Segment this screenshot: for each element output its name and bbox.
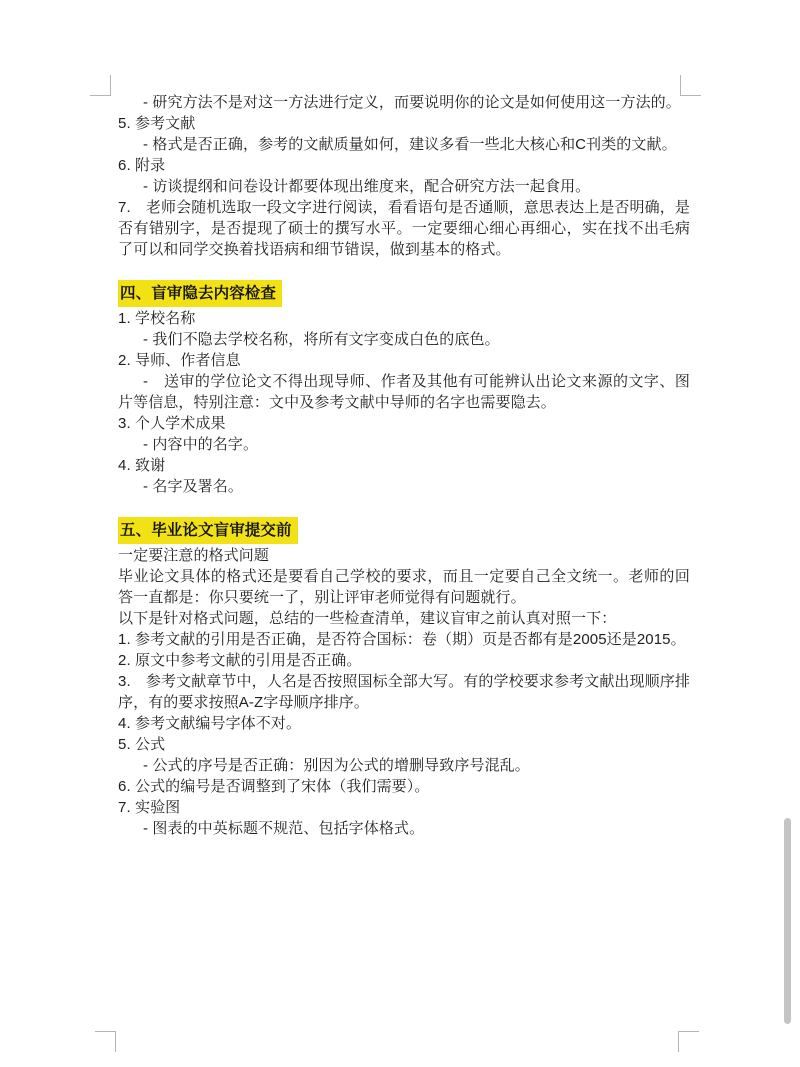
crop-mark-bottom-left (95, 1031, 116, 1052)
doc-list-line: 6. 公式的编号是否调整到了宋体（我们需要）。 (118, 776, 690, 797)
scrollbar-thumb[interactable] (784, 818, 791, 1024)
doc-list-line: 一定要注意的格式问题 (118, 545, 690, 566)
doc-bullet-line: - 送审的学位论文不得出现导师、作者及其他有可能辨认出论文来源的文字、图片等信息… (118, 371, 690, 413)
doc-bullet-line: - 格式是否正确，参考的文献质量如何，建议多看一些北大核心和C刊类的文献。 (118, 134, 690, 155)
doc-list-line: 7. 实验图 (118, 797, 690, 818)
section-heading: 四、盲审隐去内容检查 (118, 280, 690, 307)
doc-list-line: 7. 老师会随机选取一段文字进行阅读，看看语句是否通顺，意思表达上是否明确，是否… (118, 197, 690, 260)
doc-list-line: 4. 参考文献编号字体不对。 (118, 713, 690, 734)
doc-list-line: 5. 参考文献 (118, 113, 690, 134)
doc-list-line: 2. 导师、作者信息 (118, 350, 690, 371)
doc-list-line: 2. 原文中参考文献的引用是否正确。 (118, 650, 690, 671)
doc-list-line: 4. 致谢 (118, 455, 690, 476)
doc-list-line: 3. 个人学术成果 (118, 413, 690, 434)
doc-bullet-line: - 公式的序号是否正确：别因为公式的增删导致序号混乱。 (118, 755, 690, 776)
doc-list-line: 1. 学校名称 (118, 308, 690, 329)
crop-mark-bottom-right (678, 1031, 699, 1052)
doc-list-line: 6. 附录 (118, 155, 690, 176)
section-heading-highlight: 五、毕业论文盲审提交前 (118, 517, 298, 544)
document-text: - 研究方法不是对这一方法进行定义，而要说明你的论文是如何使用这一方法的。5. … (118, 92, 690, 839)
doc-list-line: 毕业论文具体的格式还是要看自己学校的要求，而且一定要自己全文统一。老师的回答一直… (118, 566, 690, 608)
doc-list-line: 3. 参考文献章节中，人名是否按照国标全部大写。有的学校要求参考文献出现顺序排序… (118, 671, 690, 713)
document-page: - 研究方法不是对这一方法进行定义，而要说明你的论文是如何使用这一方法的。5. … (0, 0, 800, 1067)
doc-bullet-line: - 访谈提纲和问卷设计都要体现出维度来，配合研究方法一起食用。 (118, 176, 690, 197)
doc-list-line: 1. 参考文献的引用是否正确，是否符合国标：卷（期）页是否都有是2005还是20… (118, 629, 690, 650)
doc-list-line: 5. 公式 (118, 734, 690, 755)
section-heading-highlight: 四、盲审隐去内容检查 (118, 280, 282, 307)
doc-bullet-line: - 名字及署名。 (118, 476, 690, 497)
doc-bullet-line: - 图表的中英标题不规范、包括字体格式。 (118, 818, 690, 839)
section-heading: 五、毕业论文盲审提交前 (118, 517, 690, 544)
doc-bullet-line: - 研究方法不是对这一方法进行定义，而要说明你的论文是如何使用这一方法的。 (118, 92, 690, 113)
crop-mark-top-left (90, 75, 111, 96)
doc-bullet-line: - 我们不隐去学校名称，将所有文字变成白色的底色。 (118, 329, 690, 350)
doc-bullet-line: - 内容中的名字。 (118, 434, 690, 455)
doc-list-line: 以下是针对格式问题，总结的一些检查清单，建议盲审之前认真对照一下： (118, 608, 690, 629)
